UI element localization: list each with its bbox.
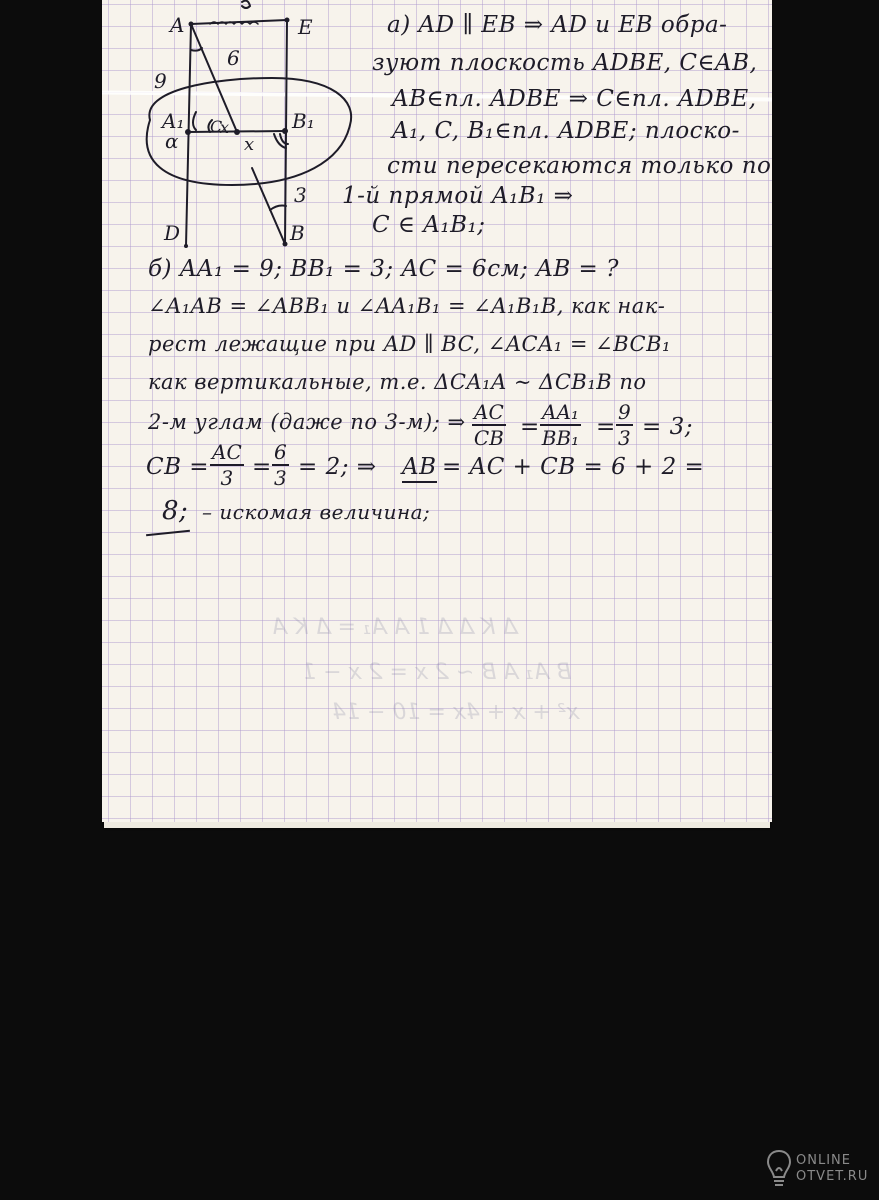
geometry-diagram: A E A₁ B₁ C x x α D B 9 6 3 <box>102 0 362 250</box>
fraction-ac-cb: AC CB <box>472 400 506 450</box>
ratio-result: = 3; <box>642 416 693 439</box>
label-x1: x <box>220 118 229 137</box>
paper-sheet: Δ K Δ Δ 1 A A₁ = Δ K A B A₁ A B ∼ 2 x = … <box>102 0 772 822</box>
part-b-line-1: б) AA₁ = 9; BB₁ = 3; AC = 6см; AB = ? <box>148 258 619 281</box>
watermark-line-1: ONLINE <box>796 1153 868 1169</box>
part-a-line-3: AB∈пл. ADBE ⇒ C∈пл. ADBE, <box>392 88 757 111</box>
fraction-6-3: 6 3 <box>272 440 289 490</box>
part-a-line-2: зуют плоскость ADBE, C∈AB, <box>372 52 757 75</box>
fraction-ac-3: AC 3 <box>210 440 244 490</box>
cb-lhs: CB = <box>146 456 209 479</box>
part-b-line-2: ∠A₁AB = ∠ABB₁ и ∠AA₁B₁ = ∠A₁B₁B, как нак… <box>148 296 665 317</box>
cb-result: = 2; ⇒ <box>298 456 377 479</box>
bleed-through-text: Δ K Δ Δ 1 A A₁ = Δ K A <box>272 615 517 640</box>
part-b-line-5: 2-м углам (даже по 3-м); ⇒ <box>148 412 466 433</box>
label-E: E <box>297 15 313 39</box>
label-D: D <box>163 221 180 245</box>
label-B1: B₁ <box>291 109 315 133</box>
fraction-aa1-bb1: AA₁ BB₁ <box>540 400 581 450</box>
watermark-text: ONLINE OTVET.RU <box>796 1153 868 1185</box>
equals-sign: = <box>520 416 540 439</box>
label-B: B <box>289 221 305 245</box>
part-b-line-4: как вертикальные, т.е. ΔCA₁A ∼ ΔCB₁B по <box>148 372 647 393</box>
label-alpha: α <box>165 129 179 153</box>
answer-note: – искомая величина; <box>202 502 430 522</box>
part-a-line-7: C ∈ A₁B₁; <box>372 214 485 237</box>
answer-underline <box>146 530 190 537</box>
fraction-9-3: 9 3 <box>616 400 633 450</box>
lightbulb-icon <box>766 1149 792 1189</box>
equals-sign: = <box>596 416 616 439</box>
part-b-line-3: рест лежащие при AD ∥ BC, ∠ACA₁ = ∠BCB₁ <box>148 334 671 355</box>
label-x2: x <box>244 134 254 155</box>
label-A: A <box>168 13 184 37</box>
part-a-line-6: 1-й прямой A₁B₁ ⇒ <box>342 185 573 208</box>
final-answer: 8; <box>162 498 188 524</box>
part-a-line-4: A₁, C, B₁∈пл. ADBE; плоско- <box>392 120 740 143</box>
watermark-line-2: OTVET.RU <box>796 1169 868 1185</box>
bleed-through-text: x² + x + 4x = 10 − 14 <box>332 700 580 725</box>
label-9: 9 <box>154 69 167 93</box>
label-6: 6 <box>227 46 240 70</box>
ab-sum: = AC + CB = 6 + 2 = <box>442 456 704 479</box>
bleed-through-text: B A₁ A B ∼ 2 x = 2 x − 1 <box>302 660 571 685</box>
part-a-line-5: сти пересекаются только по <box>387 155 771 178</box>
ab-underlined: AB <box>402 456 437 483</box>
label-3: 3 <box>294 183 307 207</box>
watermark-logo: ONLINE OTVET.RU <box>766 1146 876 1192</box>
part-a-line-1: а) AD ∥ EB ⇒ AD и EB обра- <box>387 14 727 37</box>
equals-sign: = <box>252 456 272 479</box>
